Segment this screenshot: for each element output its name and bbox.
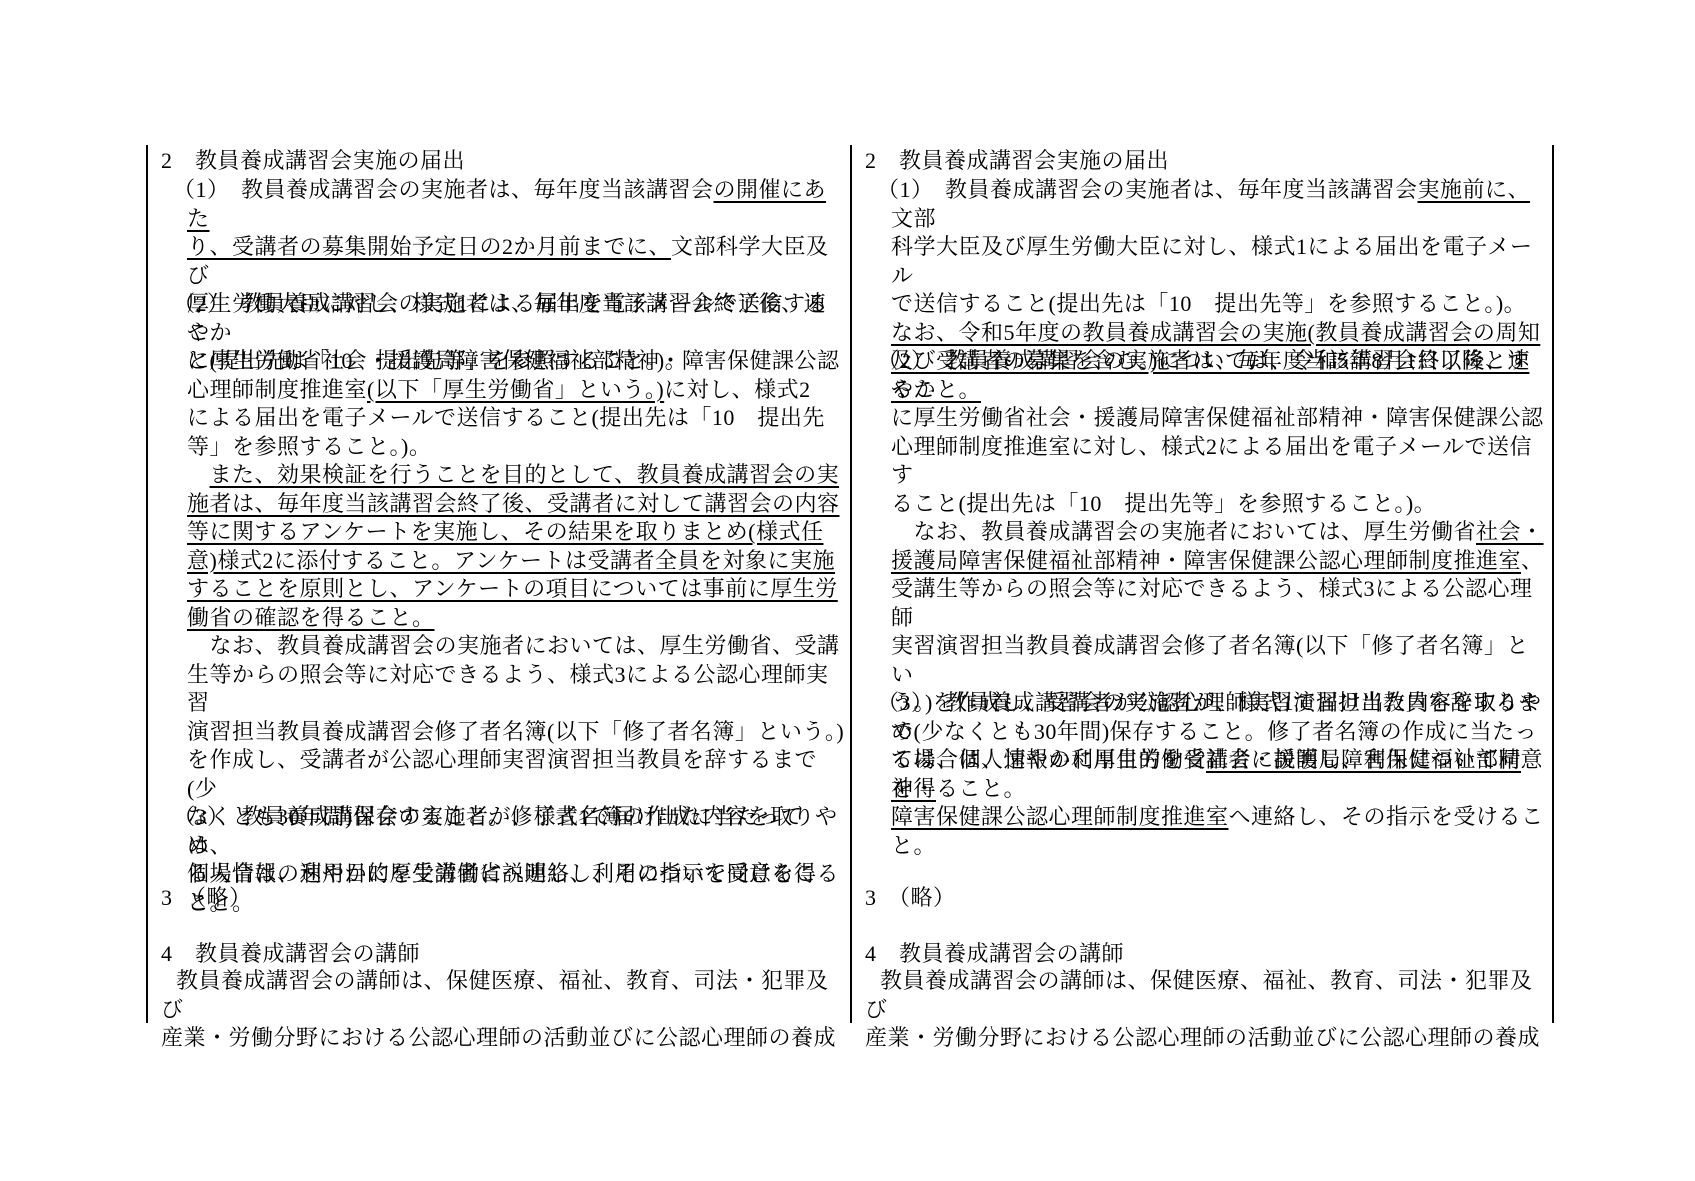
comparison-document: 2 教員養成講習会実施の届出 （1） 教員養成講習会の実施者は、毎年度当該講習会…	[0, 0, 1695, 1181]
left-section-3-heading: 3 （略）	[161, 884, 845, 913]
left-section-2-heading: 2 教員養成講習会実施の届出	[161, 147, 845, 176]
right-item-2-3: （3） 教員養成講習会の実施者が、様式1で届け出た内容を取りやめ る場合は、速や…	[865, 689, 1547, 860]
column-right: 2 教員養成講習会実施の届出 （1） 教員養成講習会の実施者は、毎年度当該講習会…	[850, 145, 1554, 1023]
comparison-table: 2 教員養成講習会実施の届出 （1） 教員養成講習会の実施者は、毎年度当該講習会…	[146, 145, 1554, 1023]
column-left: 2 教員養成講習会実施の届出 （1） 教員養成講習会の実施者は、毎年度当該講習会…	[146, 145, 850, 1023]
left-section-4-body: 教員養成講習会の講師は、保健医療、福祉、教育、司法・犯罪及び 産業・労働分野にお…	[161, 967, 845, 1053]
left-section-4-heading: 4 教員養成講習会の講師	[161, 940, 845, 969]
right-section-2-heading: 2 教員養成講習会実施の届出	[865, 147, 1547, 176]
right-section-4-heading: 4 教員養成講習会の講師	[865, 940, 1547, 969]
right-section-3-heading: 3 （略）	[865, 884, 1547, 913]
right-section-4-body: 教員養成講習会の講師は、保健医療、福祉、教育、司法・犯罪及び 産業・労働分野にお…	[865, 967, 1547, 1053]
